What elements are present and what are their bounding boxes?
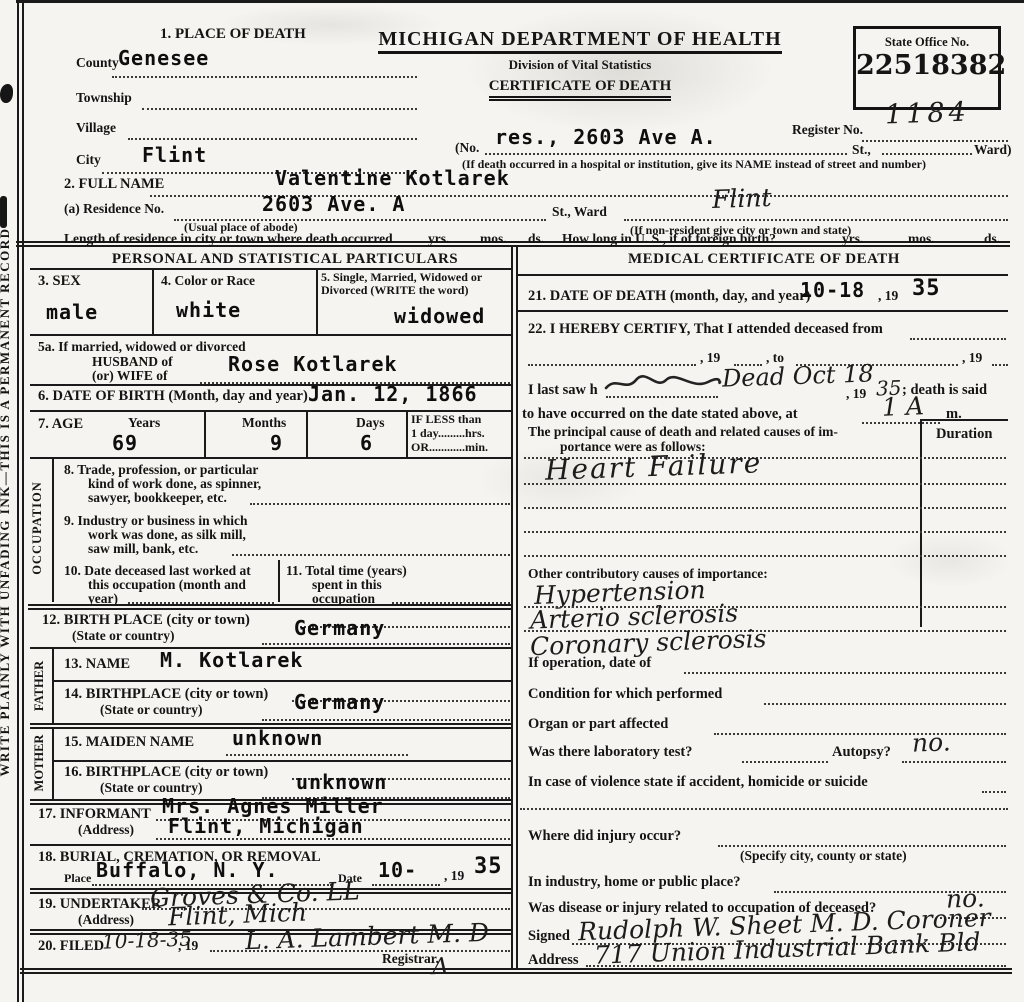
city-value: Flint <box>142 143 207 167</box>
header-center: MICHIGAN DEPARTMENT OF HEALTH <box>360 28 800 51</box>
lastsaw-label: I last saw h <box>528 382 598 398</box>
totaltime-label-2: spent in this <box>312 577 382 592</box>
lastsaw-19: , 19 <box>846 386 866 401</box>
medical-section-title: MEDICAL CERTIFICATE OF DEATH <box>520 251 1008 268</box>
howlong-mos: mos. <box>908 231 935 246</box>
burial-year-value: 35 <box>474 854 503 879</box>
condition-dots <box>764 701 1006 705</box>
father-bp-line2 <box>262 717 510 721</box>
cause-line-3 <box>524 505 1006 509</box>
sex-label: 3. SEX <box>38 273 81 289</box>
row13-bottom <box>52 680 512 682</box>
margin-note: WRITE PLAINLY WITH UNFADING INK—THIS IS … <box>0 8 13 996</box>
residence-value: 2603 Ave. A <box>262 192 405 216</box>
top-border <box>16 0 1024 3</box>
mother-name-line <box>226 752 408 756</box>
father-bp-sub: (State or country) <box>100 702 202 717</box>
age-label: 7. AGE <box>38 416 83 432</box>
trade-line <box>250 501 510 505</box>
certify-line1-dots <box>910 336 1006 340</box>
dod-year-prefix: , 19 <box>878 288 898 303</box>
age-days-value: 6 <box>360 431 373 455</box>
age-years-label: Years <box>128 415 160 430</box>
age-years-value: 69 <box>112 431 138 455</box>
age-days-label: Days <box>356 415 385 430</box>
mother-bp-value: unknown <box>296 770 387 794</box>
register-label: Register No. <box>792 122 863 137</box>
mother-bp-label: 16. BIRTHPLACE (city or town) <box>64 764 268 780</box>
mid-divider-dots <box>520 806 1008 810</box>
industry-label-1: 9. Industry or business in which <box>64 513 248 528</box>
principal-label-1: The principal cause of death and related… <box>528 424 838 439</box>
signed-label: Signed <box>528 928 570 944</box>
address-dots <box>586 963 1006 967</box>
cause-line-5 <box>524 553 1006 557</box>
register-number-handwritten: 1184 <box>884 97 970 131</box>
occurred-label: to have occurred on the date stated abov… <box>522 406 798 422</box>
age-div3 <box>406 412 408 457</box>
county-label: County <box>76 55 119 70</box>
dod-value: 10-18 <box>800 278 865 302</box>
cause-line-4 <box>524 529 1006 533</box>
county-value: Genesee <box>118 46 209 70</box>
violence-dots <box>982 789 1006 793</box>
hospital-note: (If death occurred in a hospital or inst… <box>462 158 926 171</box>
autopsy-dots <box>902 759 1006 763</box>
autopsy-label: Autopsy? <box>832 744 891 760</box>
strikethrough-scribble <box>604 372 722 396</box>
township-label: Township <box>76 90 132 105</box>
injury-place-label: In industry, home or public place? <box>528 874 740 890</box>
violence-label: In case of violence state if accident, h… <box>528 774 868 790</box>
burial-year-prefix: , 19 <box>444 868 464 883</box>
labtest-dots <box>742 759 828 763</box>
father-side-label: FATHER <box>32 648 47 724</box>
autopsy-handwritten: no. <box>912 727 952 757</box>
row345-div1 <box>152 268 154 336</box>
registrar-initial-handwritten: A <box>432 954 450 981</box>
row345-bottom <box>30 334 512 336</box>
marital-label: 5. Single, Married, Widowed or Divorced … <box>321 271 511 298</box>
certify-line2-dots1 <box>528 362 696 366</box>
trade-label-2: kind of work done, as spinner, <box>88 476 261 491</box>
totaltime-label-1: 11. Total time (years) <box>286 563 407 578</box>
organ-label: Organ or part affected <box>528 716 668 732</box>
dod-year-value: 35 <box>912 276 941 301</box>
village-line <box>128 136 417 140</box>
informant-address-label: (Address) <box>78 822 134 837</box>
certify-label: 22. I HEREBY CERTIFY, That I attended de… <box>528 321 883 337</box>
full-name-label: 2. FULL NAME <box>64 176 164 192</box>
dob-label: 6. DATE OF BIRTH (Month, day and year) <box>38 388 308 404</box>
street-no-value: res., 2603 Ave A. <box>495 125 717 149</box>
row345-div2 <box>316 268 318 336</box>
operation-label: If operation, date of <box>528 655 651 671</box>
village-label: Village <box>76 120 116 135</box>
spouse-value: Rose Kotlarek <box>228 352 398 376</box>
birthplace-label: 12. BIRTH PLACE (city or town) <box>42 612 250 628</box>
row15-bottom <box>52 760 512 762</box>
age-div1 <box>204 412 206 457</box>
place-of-death-title: 1. PLACE OF DEATH <box>160 26 306 43</box>
street-no-label: (No. <box>455 140 479 155</box>
duration-top-line <box>920 419 1008 421</box>
row17-bottom <box>30 844 512 846</box>
residence-label: (a) Residence No. <box>64 201 164 216</box>
department-title: MICHIGAN DEPARTMENT OF HEALTH <box>378 28 781 54</box>
age-months-label: Months <box>242 415 286 430</box>
spouse-husband-label: HUSBAND of <box>92 354 173 369</box>
father-bp-label: 14. BIRTHPLACE (city or town) <box>64 686 268 702</box>
burial-place-label: Place <box>64 872 91 885</box>
personal-section-title: PERSONAL AND STATISTICAL PARTICULARS <box>60 251 510 268</box>
injury-where-label: Where did injury occur? <box>528 828 681 844</box>
howlong-yrs: yrs. <box>842 231 863 246</box>
duration-label: Duration <box>936 426 992 442</box>
age-months-value: 9 <box>270 431 283 455</box>
trade-label-1: 8. Trade, profession, or particular <box>64 462 258 477</box>
ifless-line2: 1 day.........hrs. <box>411 427 485 440</box>
informant-address-line <box>156 836 510 840</box>
trade-label-3: sawyer, bookkeeper, etc. <box>88 490 227 505</box>
burial-place-value: Buffalo, N. Y. <box>96 858 279 882</box>
undertaker-address-label: (Address) <box>78 912 134 927</box>
industry-label-3: saw mill, bank, etc. <box>88 541 198 556</box>
township-line <box>142 106 417 110</box>
row1011-divider <box>278 560 280 602</box>
filed-line <box>210 948 510 952</box>
birthplace-sub: (State or country) <box>72 628 174 643</box>
certify-19a: , 19 <box>700 350 720 365</box>
labtest-label: Was there laboratory test? <box>528 744 692 760</box>
industry-label-2: work was done, as silk mill, <box>88 527 246 542</box>
bottom-border <box>20 968 1012 974</box>
spouse-wife-label: (or) WIFE of <box>92 368 168 383</box>
length-mos: mos. <box>480 231 507 246</box>
certify-19b: , 19 <box>962 350 982 365</box>
registrar-label: Registrar. <box>382 951 439 966</box>
residence-city-handwritten: Flint <box>712 183 772 214</box>
industry-line <box>232 552 510 556</box>
father-name-value: M. Kotlarek <box>160 648 303 672</box>
row7-bottom <box>30 457 512 459</box>
certificate-subtitle: CERTIFICATE OF DEATH <box>489 78 672 101</box>
street-ward-label: Ward) <box>974 142 1012 157</box>
state-office-number: 22518382 <box>856 50 998 81</box>
left-border <box>17 0 24 1002</box>
ifless-line1: IF LESS than <box>411 413 481 426</box>
occupation-gutter-line <box>52 459 54 602</box>
howlong-ds: ds. <box>984 231 1000 246</box>
full-name-value: Valentine Kotlarek <box>275 166 510 190</box>
birthplace-line2 <box>262 641 510 645</box>
length-ds: ds. <box>528 231 544 246</box>
burial-date-line <box>372 882 440 886</box>
occupation-side-label: OCCUPATION <box>30 458 45 598</box>
street-line <box>485 151 847 155</box>
duration-divider <box>920 419 922 627</box>
mother-name-value: unknown <box>232 726 323 750</box>
county-line <box>112 74 417 78</box>
informant-label: 17. INFORMANT <box>38 806 151 822</box>
organ-dots <box>714 731 1006 735</box>
division-subtitle: Division of Vital Statistics <box>360 57 800 73</box>
race-label: 4. Color or Race <box>161 273 255 288</box>
row21-bottom <box>518 310 1008 312</box>
father-bp-value: Germany <box>294 690 385 714</box>
marital-value: widowed <box>394 304 485 328</box>
informant-address-value: Flint, Michigan <box>168 814 364 838</box>
mother-side-label: MOTHER <box>32 726 47 800</box>
length-yrs: yrs. <box>428 231 449 246</box>
howlong-label: How long in U. S., if of foreign birth? <box>562 231 776 246</box>
occupation-bottom <box>28 604 512 610</box>
certificate-subtitle-wrap: CERTIFICATE OF DEATH <box>360 77 800 95</box>
street-st-label: St., <box>852 142 871 157</box>
certify-line2-dots4 <box>992 362 1008 366</box>
occurred-time-handwritten: 1 A <box>882 391 925 421</box>
death-certificate-scan: WRITE PLAINLY WITH UNFADING INK—THIS IS … <box>0 0 1024 1002</box>
filed-year-prefix: , 19 <box>178 938 198 953</box>
father-name-label: 13. NAME <box>64 656 130 672</box>
dod-label: 21. DATE OF DEATH (month, day, and year) <box>528 288 811 304</box>
condition-label: Condition for which performed <box>528 686 722 702</box>
injury-where-dots <box>718 843 1006 847</box>
burial-date-value: 10- <box>378 858 417 882</box>
father-gutter-line <box>52 648 54 724</box>
column-divider <box>511 247 518 970</box>
mother-name-label: 15. MAIDEN NAME <box>64 734 194 750</box>
ifless-line3: OR............min. <box>411 441 488 454</box>
operation-dots <box>684 670 1006 674</box>
mother-gutter-line <box>52 727 54 799</box>
dob-value: Jan. 12, 1866 <box>308 382 478 406</box>
residence-st-ward-label: St., Ward <box>552 204 607 219</box>
sex-value: male <box>46 300 98 324</box>
residence-line-2 <box>624 217 1008 221</box>
lastworked-label-2: this occupation (month and <box>88 577 246 592</box>
spouse-label: 5a. If married, widowed or divorced <box>38 339 246 354</box>
filed-label: 20. FILED <box>38 938 104 954</box>
cause-line-2 <box>524 481 1006 485</box>
mother-bp-sub: (State or country) <box>100 780 202 795</box>
coroner-address-label: Address <box>528 952 579 968</box>
length-residence-label: Length of residence in city or town wher… <box>64 231 393 246</box>
birthplace-value: Germany <box>294 616 385 640</box>
lastworked-label-1: 10. Date deceased last worked at <box>64 563 251 578</box>
age-div2 <box>306 412 308 457</box>
race-value: white <box>176 298 241 322</box>
state-office-label: State Office No. <box>856 35 998 50</box>
injury-specify-note: (Specify city, county or state) <box>740 848 907 863</box>
street-line-2 <box>882 151 972 155</box>
city-label: City <box>76 152 101 167</box>
